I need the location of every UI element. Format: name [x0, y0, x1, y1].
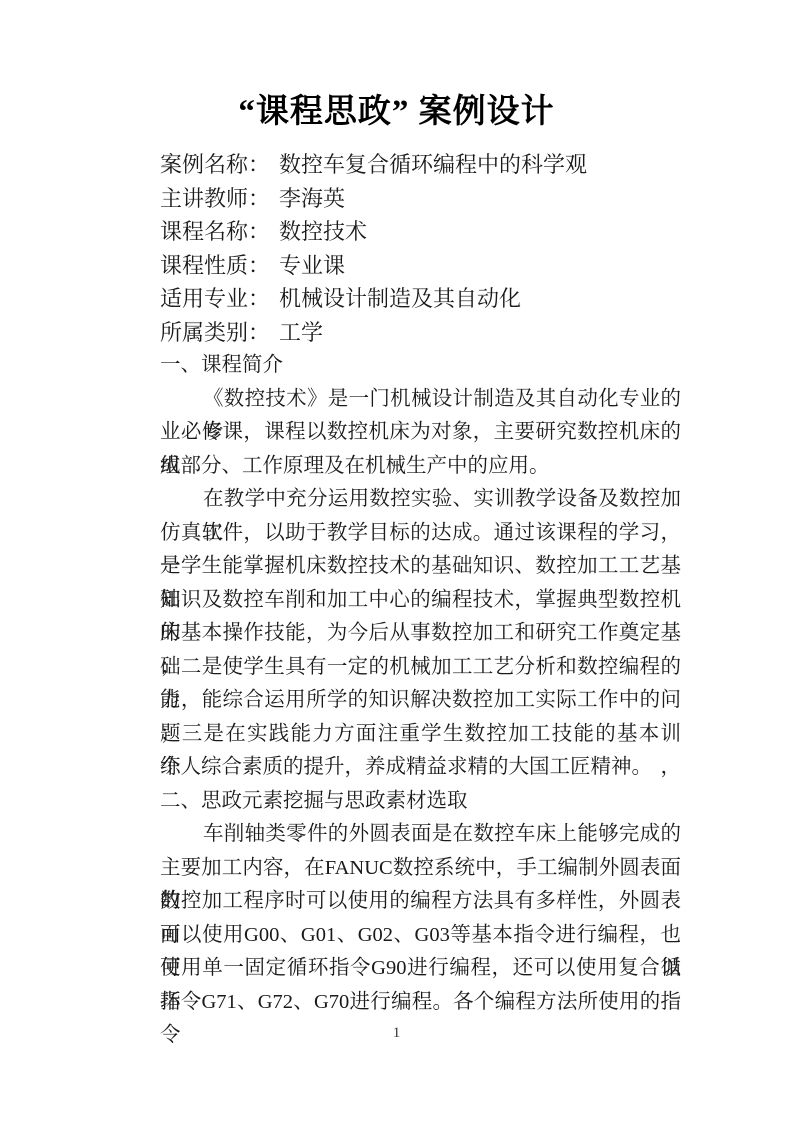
- meta-row-major: 适用专业：机械设计制造及其自动化: [160, 282, 681, 316]
- meta-row-category: 所属类别：工学: [160, 316, 681, 350]
- section-heading-1: 一、课程简介: [160, 349, 681, 383]
- paragraph-line: 《数控技术》是一门机械设计制造及其自动化专业的专: [160, 383, 681, 417]
- meta-value: 专业课: [279, 249, 345, 283]
- paragraph-line: 知识及数控车削和加工中心的编程技术，掌握典型数控机床: [160, 584, 681, 618]
- paragraph-line: 使用单一固定循环指令G90进行编程，还可以使用复合循环: [160, 952, 681, 986]
- document-page: “课程思政” 案例设计 案例名称：数控车复合循环编程中的科学观 主讲教师：李海英…: [0, 0, 793, 1122]
- meta-value: 李海英: [279, 182, 345, 216]
- document-body: 案例名称：数控车复合循环编程中的科学观 主讲教师：李海英 课程名称：数控技术 课…: [160, 148, 681, 1019]
- paragraph-line: 个人综合素质的提升，养成精益求精的大国工匠精神。: [160, 751, 681, 785]
- paragraph-line: 车削轴类零件的外圆表面是在数控车床上能够完成的: [160, 818, 681, 852]
- paragraph-line: 在教学中充分运用数控实验、实训教学设备及数控加工: [160, 483, 681, 517]
- paragraph-line: 成部分、工作原理及在机械生产中的应用。: [160, 450, 681, 484]
- meta-value: 工学: [279, 316, 323, 350]
- paragraph-line: 的基本操作技能，为今后从事数控加工和研究工作奠定基础: [160, 617, 681, 651]
- meta-label: 适用专业：: [160, 282, 270, 316]
- meta-value: 数控技术: [279, 215, 367, 249]
- paragraph-line: 业必修课，课程以数控机床为对象，主要研究数控机床的组: [160, 416, 681, 450]
- paragraph-line: 是学生能掌握机床数控技术的基础知识、数控加工工艺基础: [160, 550, 681, 584]
- meta-row-case-name: 案例名称：数控车复合循环编程中的科学观: [160, 148, 681, 182]
- paragraph-line: 力，能综合运用所学的知识解决数控加工实际工作中的问题: [160, 684, 681, 718]
- meta-row-teacher: 主讲教师：李海英: [160, 182, 681, 216]
- paragraph-line: 指令G71、G72、G70进行编程。各个编程方法所使用的指令: [160, 986, 681, 1020]
- meta-row-course-name: 课程名称：数控技术: [160, 215, 681, 249]
- section-heading-2: 二、思政元素挖掘与思政素材选取: [160, 785, 681, 819]
- meta-label: 课程名称：: [160, 215, 270, 249]
- meta-value: 数控车复合循环编程中的科学观: [279, 148, 587, 182]
- meta-label: 课程性质：: [160, 249, 270, 283]
- page-number: 1: [0, 1024, 793, 1042]
- paragraph-line: 仿真软件，以助于教学目标的达成。通过该课程的学习，一: [160, 517, 681, 551]
- paragraph-line: ；三是在实践能力方面注重学生数控加工技能的基本训练，: [160, 718, 681, 752]
- meta-label: 主讲教师：: [160, 182, 270, 216]
- document-title: “课程思政” 案例设计: [0, 90, 793, 134]
- paragraph-line: 可以使用G00、G01、G02、G03等基本指令进行编程，也可以: [160, 919, 681, 953]
- meta-row-course-type: 课程性质：专业课: [160, 249, 681, 283]
- paragraph-line: ；二是使学生具有一定的机械加工工艺分析和数控编程的能: [160, 651, 681, 685]
- meta-label: 案例名称：: [160, 148, 270, 182]
- paragraph-line: 数控加工程序时可以使用的编程方法具有多样性，外圆表面: [160, 885, 681, 919]
- meta-value: 机械设计制造及其自动化: [279, 282, 521, 316]
- meta-label: 所属类别：: [160, 316, 270, 350]
- paragraph-line: 主要加工内容，在FANUC数控系统中，手工编制外圆表面的: [160, 852, 681, 886]
